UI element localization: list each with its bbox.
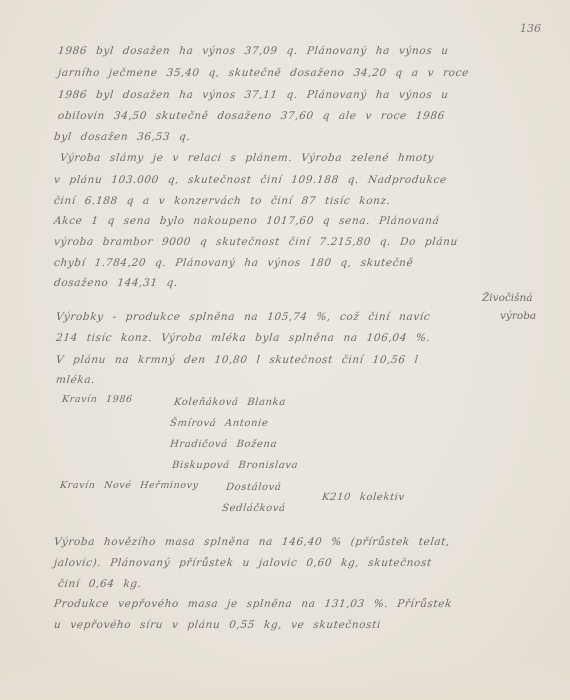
text-line: činí 0,64 kg. [57,578,142,590]
handwritten-chronicle-page: 136 1986 byl dosažen ha výnos 37,09 q. P… [0,0,570,700]
worker-name: Sedláčková [221,503,286,514]
text-line: obilovin 34,50 skutečně dosaženo 37,60 q… [57,110,445,122]
worker-name: Hradičová Božena [169,439,277,450]
text-line: jarního ječmene 35,40 q, skutečně dosaže… [57,67,469,79]
paper-shading [0,660,570,700]
text-line: Výroba slámy je v relaci s plánem. Výrob… [59,152,434,164]
farm-label: Kravín Nové Heřminovy [59,480,199,491]
text-line: činí 6.188 q a v konzervách to činí 87 t… [53,195,391,207]
text-line: Produkce vepřového masa je splněna na 13… [53,598,452,610]
text-line: Výrobky - produkce splněna na 105,74 %, … [55,311,431,323]
text-line: jalovic). Plánovaný přírůstek u jalovic … [53,557,432,569]
text-line: mléka. [55,374,95,386]
text-line: v plánu 103.000 q, skutečnost činí 109.1… [53,174,447,186]
worker-name: Koleňáková Blanka [173,397,286,408]
text-line: 1986 byl dosažen ha výnos 37,11 q. Pláno… [57,89,449,101]
collective-note: K210 kolektiv [321,492,405,503]
worker-name: Dostálová [225,482,282,493]
text-line: 1986 byl dosažen ha výnos 37,09 q. Pláno… [57,45,449,57]
text-line: dosaženo 144,31 q. [53,277,178,289]
text-line: u vepřového síru v plánu 0,55 kg, ve sku… [53,619,381,631]
worker-name: Šmírová Antonie [169,418,269,429]
text-line: 214 tisíc konz. Výroba mléka byla splněn… [55,332,431,344]
margin-note-line: výroba [500,310,536,322]
text-line: Výroba hovězího masa splněna na 146,40 %… [53,536,450,548]
text-line: výroba brambor 9000 q skutečnost činí 7.… [53,236,458,248]
worker-name: Biskupová Bronislava [171,460,298,471]
farm-label: Kravín 1986 [61,394,133,405]
text-line: byl dosažen 36,53 q. [53,131,191,143]
text-line: chybí 1.784,20 q. Plánovaný ha výnos 180… [53,257,414,269]
margin-note-line: Živočišná [482,292,533,304]
page-number: 136 [520,22,541,35]
text-line: V plánu na krmný den 10,80 l skutečnost … [55,354,419,366]
text-line: Akce 1 q sena bylo nakoupeno 1017,60 q s… [53,215,440,227]
